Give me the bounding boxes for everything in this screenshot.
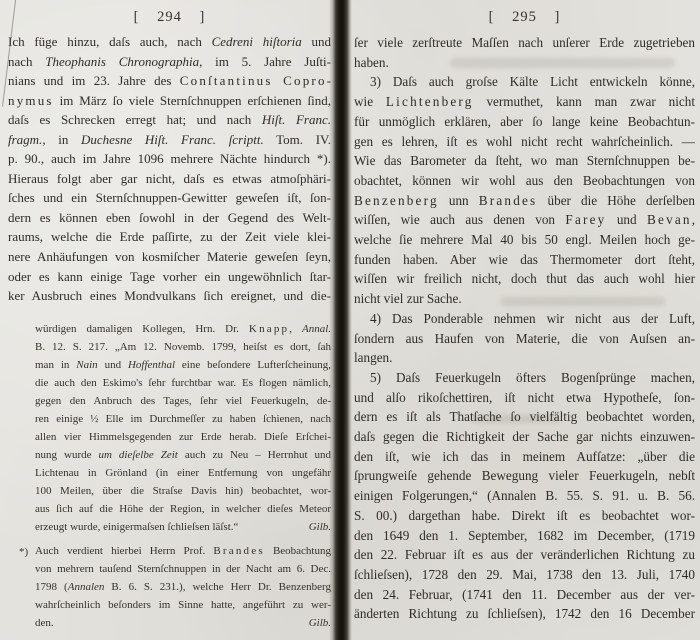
text-line: den 1649 den 1. September, 1682 im Decem… xyxy=(354,526,695,546)
text-line: fragm., in Duchesne Hiſt. Franc. ſcriptt… xyxy=(8,130,331,150)
text-line: gegen den Anbruch des Tages, ſehr viel F… xyxy=(35,392,331,410)
text-line: nymus im März ſo viele Sternſchnuppen er… xyxy=(8,91,331,111)
text-line: funden haben. Aber wie das Thermometer d… xyxy=(354,250,695,270)
footnote-block: würdigen damaligen Kollegen, Hrn. Dr. Kn… xyxy=(35,320,331,536)
text-line: S. 00.) dargethan habe. Direkt iſt es be… xyxy=(354,506,695,526)
text-line: welche ſie mehrere Mal 40 bis 50 engl. M… xyxy=(354,230,695,250)
text-line: wie Lichtenberg vermuthet, kann man zwar… xyxy=(354,92,695,112)
text-line: von mehrern tauſend Sternſchnuppen in de… xyxy=(35,560,331,578)
text-line: ſer viele zerſtreute Maſſen nach unſerer… xyxy=(354,33,695,53)
book-scan: [ 294 ] Ich füge hinzu, daſs auch, nach … xyxy=(0,0,700,640)
text-line: 1798 (Annalen B. 6. S. 231.), welche Her… xyxy=(35,578,331,596)
text-line: für unmöglich erklären, aber ſo lange ke… xyxy=(354,112,695,132)
text-line: wiſſen, wie auch aus denen von Farey und… xyxy=(354,210,695,230)
text-line: haben. xyxy=(354,53,695,73)
page-295: [ 295 ] ſer viele zerſtreute Maſſen nach… xyxy=(354,0,695,624)
text-line: den iſt, wie ich das in meinem Aufſatze:… xyxy=(354,447,695,467)
text-line: dern es können eben ſowohl in der Gegend… xyxy=(8,208,331,228)
page-295-header: [ 295 ] xyxy=(354,9,695,30)
text-line: ker Ausbruch eines Mondvulkans ſich erei… xyxy=(8,286,331,306)
text-line: änderten Richtung zu ſchlieſsen), 1742 d… xyxy=(354,604,695,624)
text-line: aus ſich auf die Höhe der Region, in wel… xyxy=(35,500,331,518)
text-line: Benzenberg unn Brandes über die Höhe der… xyxy=(354,191,695,211)
text-line: den.Gilb. xyxy=(35,614,331,632)
text-line: allen vier Himmelsgegenden zur Erde hera… xyxy=(35,428,331,446)
text-line: nians und im 23. Jahre des Conſtantinus … xyxy=(8,71,331,91)
text-line: 4) Das Ponderable nehmen wir nicht aus d… xyxy=(354,309,695,329)
footnote-marker: *) xyxy=(19,543,28,561)
text-line: ren einige ½ Elle im Durchmeſſer zu habe… xyxy=(35,410,331,428)
text-line: gen es lehren, iſt es wohl nicht recht w… xyxy=(354,132,695,152)
text-line: Lichtenau in Grönland (in einer Entfernu… xyxy=(35,464,331,482)
page-294-header: [ 294 ] xyxy=(8,9,331,30)
text-line: ſchlieſsen), 1728 den 29. Mai, 1738 den … xyxy=(354,565,695,585)
text-line: würdigen damaligen Kollegen, Hrn. Dr. Kn… xyxy=(35,320,331,338)
text-line: oder es kann einige Tage vorher ein unge… xyxy=(8,267,331,287)
text-line: B. 12. S. 217. „Am 12. Novemb. 1799, hei… xyxy=(35,338,331,356)
text-line: nach Theophanis Chronographia, im 5. Jah… xyxy=(8,52,331,72)
page-295-main-text: ſer viele zerſtreute Maſſen nach unſerer… xyxy=(354,33,695,624)
text-line: 5) Daſs Feuerkugeln öfters Bogenſprünge … xyxy=(354,368,695,388)
text-line: dern es iſt als Thatſache ſo vielfältig … xyxy=(354,407,695,427)
page-294-main-text: Ich füge hinzu, daſs auch, nach Cedreni … xyxy=(8,32,331,306)
text-line: wiſſen wir freilich nicht, doch thut das… xyxy=(354,269,695,289)
text-line: p. 90., auch im Jahre 1096 mehrere Nächt… xyxy=(8,149,331,169)
text-line: Wie das Barometer da ſteht, wo man Stern… xyxy=(354,151,695,171)
text-line: nicht viel zur Sache. xyxy=(354,289,695,309)
text-line: ſprungweiſe gehende Bewegung vieler Feue… xyxy=(354,466,695,486)
text-line: nung wurde um dieſelbe Zeit auch zu Neu … xyxy=(35,446,331,464)
text-line: 3) Daſs auch groſse Kälte Licht entwicke… xyxy=(354,72,695,92)
text-line: obachtet, können wir wohl aus den Beobac… xyxy=(354,171,695,191)
text-line: daſs es Schrecken erregt hat; und nach H… xyxy=(8,110,331,130)
page-294: [ 294 ] Ich füge hinzu, daſs auch, nach … xyxy=(8,0,331,638)
footnote-block: *)Auch verdient hierbei Herrn Prof. Bran… xyxy=(35,542,331,632)
text-line: und alſo rikoſchettiren, iſt nicht etwa … xyxy=(354,388,695,408)
text-line: 100 Meilen, über die Straſse Davis hin) … xyxy=(35,482,331,500)
text-line: den 24. Februar, (1741 den 11. December … xyxy=(354,585,695,605)
text-line: Auch verdient hierbei Herrn Prof. Brande… xyxy=(35,542,331,560)
page-gutter xyxy=(329,0,352,640)
text-line: die auch den Eskimo's ſehr furchtbar war… xyxy=(35,374,331,392)
text-line: einigen Folgerungen,“ (Annalen B. 55. S.… xyxy=(354,486,695,506)
page-294-footnotes: würdigen damaligen Kollegen, Hrn. Dr. Kn… xyxy=(35,320,331,632)
text-line: daſs gegen die Richtigkeit der Sache gar… xyxy=(354,427,695,447)
text-line: wahrſcheinlich beſonders im Sinne hatte,… xyxy=(35,596,331,614)
text-line: man in Nain und Hoffenthal eine beſonder… xyxy=(35,356,331,374)
text-line: langen. xyxy=(354,348,695,368)
text-line: nere Anhäufungen von kosmiſcher Materie … xyxy=(8,247,331,267)
text-line: den 22. Februar iſt es aus der veränderl… xyxy=(354,545,695,565)
text-line: erzeugt wurde, einigermaſsen ſchlieſsen … xyxy=(35,518,331,536)
text-line: Hieraus folgt aber gar nicht, daſs es et… xyxy=(8,169,331,189)
text-line: ſches und ein Sternſchnuppen-Gewitter ge… xyxy=(8,188,331,208)
text-line: raums, welche die Erde paſſirte, zu der … xyxy=(8,227,331,247)
text-line: Ich füge hinzu, daſs auch, nach Cedreni … xyxy=(8,32,331,52)
text-line: ſondern aus Haufen von Materie, die von … xyxy=(354,329,695,349)
